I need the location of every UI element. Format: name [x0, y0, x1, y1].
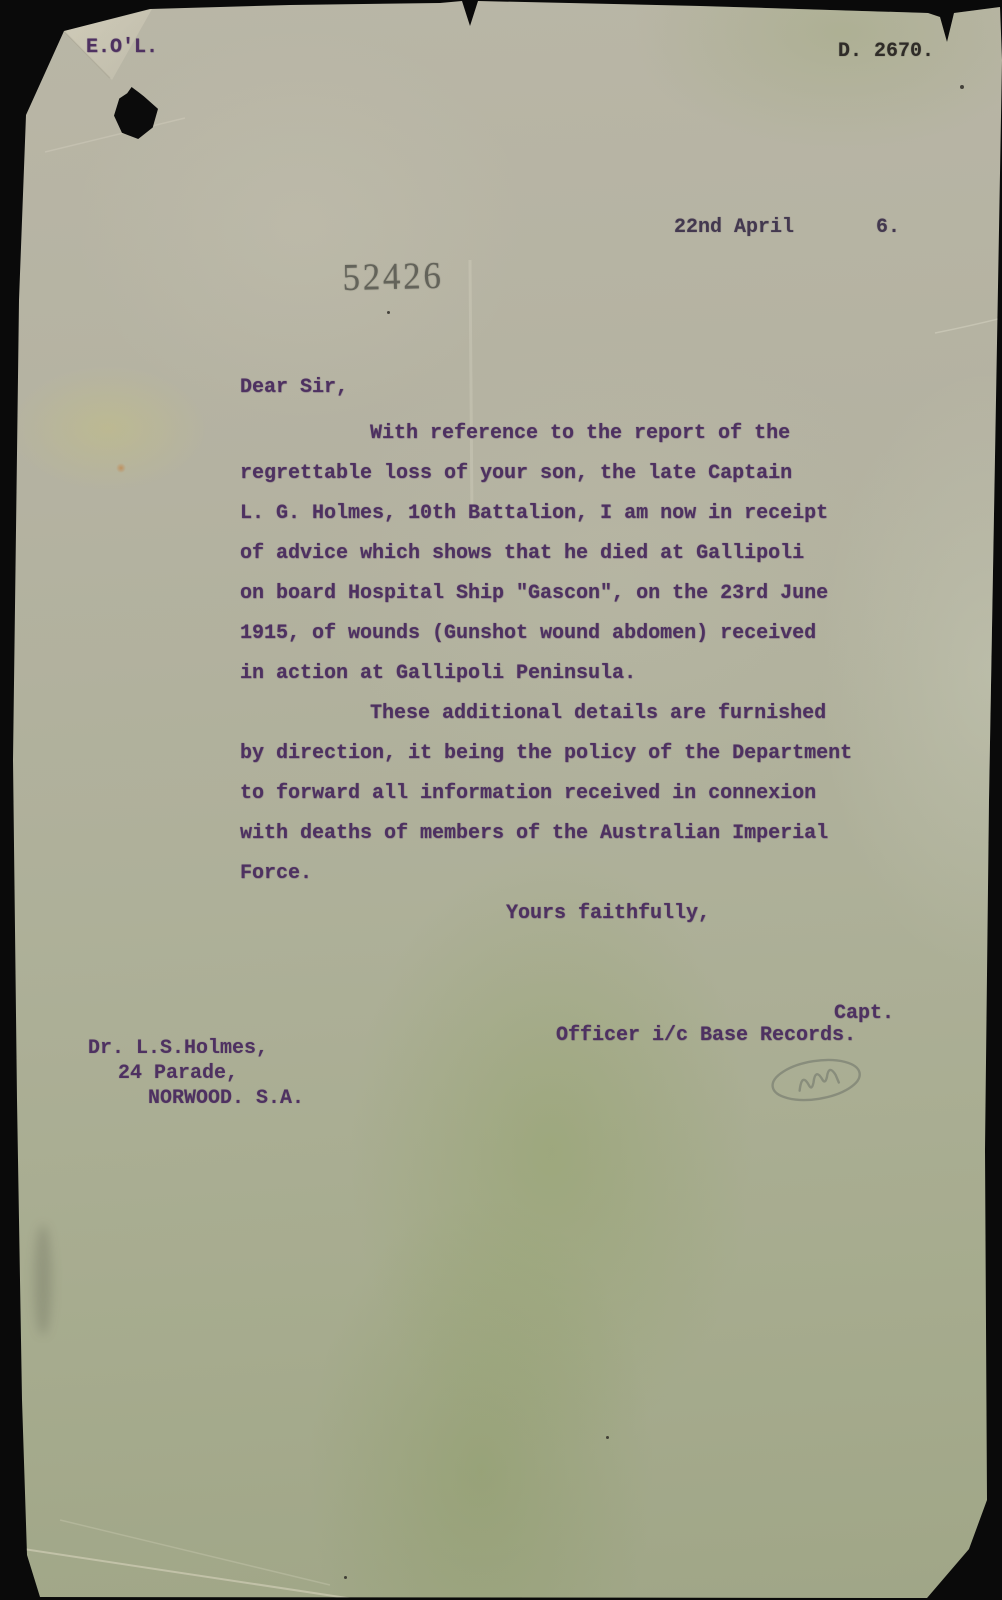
body-line: by direction, it being the policy of the…	[240, 734, 890, 774]
punch-hole-icon	[114, 87, 158, 139]
body-line: Force.	[240, 854, 890, 894]
registry-number-stamp: 52426	[342, 254, 444, 300]
body-line: L. G. Holmes, 10th Battalion, I am now i…	[240, 494, 890, 534]
scanned-letter: E.O'L. D. 2670. 22nd April 6. 52426 Dear…	[0, 0, 1002, 1600]
recipient-street: 24 Parade,	[88, 1061, 304, 1086]
letter-page: E.O'L. D. 2670. 22nd April 6. 52426 Dear…	[0, 0, 1002, 1600]
body-line: in action at Gallipoli Peninsula.	[240, 654, 890, 694]
valediction: Yours faithfully,	[506, 902, 710, 925]
recipient-address: Dr. L.S.Holmes, 24 Parade, NORWOOD. S.A.	[88, 1036, 304, 1111]
paragraph-2: These additional details are furnished b…	[240, 694, 890, 894]
paper-speck	[344, 1576, 347, 1579]
folded-corner-bottom-right	[925, 1546, 989, 1600]
paper-speck	[960, 85, 964, 89]
salutation: Dear Sir,	[240, 376, 348, 399]
file-number: D. 2670.	[838, 40, 934, 63]
body-line: regrettable loss of your son, the late C…	[240, 454, 890, 494]
body-line: 1915, of wounds (Gunshot wound abdomen) …	[240, 614, 890, 654]
recipient-locality: NORWOOD. S.A.	[88, 1086, 304, 1111]
body-line: of advice which shows that he died at Ga…	[240, 534, 890, 574]
body-line: to forward all information received in c…	[240, 774, 890, 814]
paper-speck	[606, 1436, 609, 1439]
body-line: on board Hospital Ship "Gascon", on the …	[240, 574, 890, 614]
body-line: with deaths of members of the Australian…	[240, 814, 890, 854]
ink-smudge	[34, 1225, 52, 1335]
reference-initials: E.O'L.	[86, 36, 158, 59]
signature-title: Officer i/c Base Records.	[556, 1024, 856, 1047]
body-line: These additional details are furnished	[240, 694, 890, 734]
body-line: With reference to the report of the	[240, 414, 890, 454]
recipient-name: Dr. L.S.Holmes,	[88, 1036, 304, 1061]
signature-rank: Capt.	[834, 1002, 894, 1025]
pencil-initials-icon	[758, 1048, 874, 1110]
letter-date: 22nd April	[674, 216, 794, 239]
paper-speck	[387, 311, 390, 314]
paragraph-1: With reference to the report of the regr…	[240, 414, 890, 694]
letter-year-digit: 6.	[876, 216, 900, 239]
